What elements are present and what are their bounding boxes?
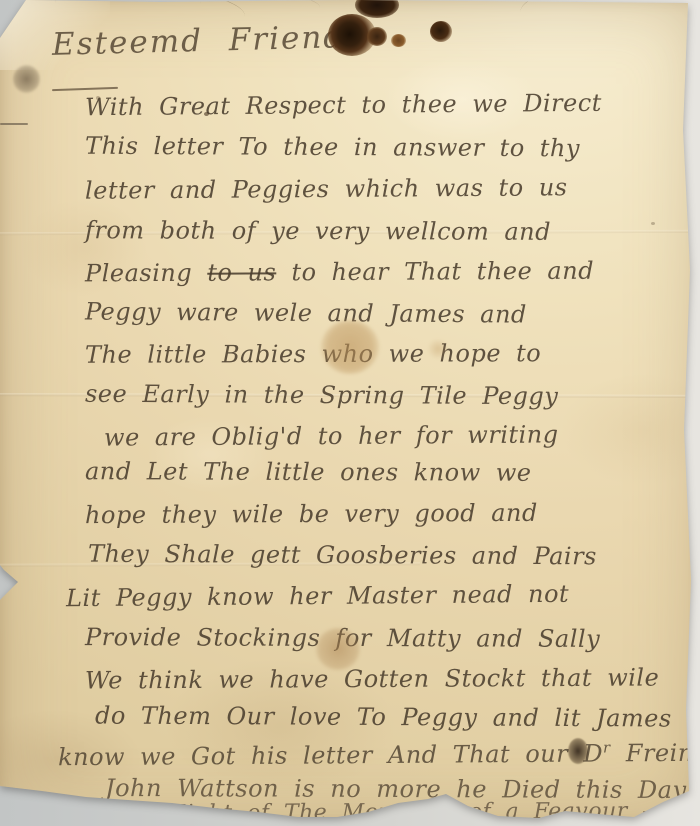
struck-out-words: to us: [207, 258, 276, 286]
letter-line: With Great Respect to thee we Direct: [85, 90, 602, 121]
scanned-letter-screenshot: { "document": { "type": "handwritten-let…: [0, 0, 700, 826]
superscript-text: r: [603, 738, 611, 756]
salutation: Esteemd Friend: [52, 22, 346, 61]
letter-line: We think we have Gotten Stockt that wile: [85, 664, 659, 693]
margin-dash: [0, 123, 28, 125]
letter-page: Esteemd Friend With Great Respect to the…: [0, 0, 700, 826]
ink-smudge: [568, 738, 588, 764]
salutation-underline: [52, 87, 118, 91]
letter-page-wrapper: Esteemd Friend With Great Respect to the…: [0, 0, 700, 826]
letter-line: we are Oblig'd to her for writing: [104, 421, 559, 451]
letter-line: Lit Peggy know her Master nead not: [66, 581, 569, 612]
ink-blot: [430, 21, 452, 42]
letter-line: see Early in the Spring Tile Peggy: [85, 381, 559, 410]
ink-smudge: [13, 65, 40, 93]
ink-speck: [651, 222, 655, 225]
ink-speck: [96, 96, 100, 100]
ink-blot: [391, 34, 406, 47]
paper-stain: [428, 340, 448, 358]
letter-line: The Eight of The Month — of a Feavour —: [112, 800, 665, 826]
letter-line: Pleasing to us to hear That thee and: [85, 258, 594, 287]
line-text: to hear That thee and: [276, 257, 594, 287]
letter-line: The little Babies who we hope to: [85, 340, 541, 368]
letter-line: do Them Our love To Peggy and lit James: [95, 702, 672, 731]
ink-blot: [367, 27, 387, 46]
line-text: Pleasing: [85, 259, 207, 288]
letter-line: They Shale gett Goosberies and Pairs: [88, 541, 597, 570]
paper-stain: [316, 628, 360, 670]
letter-line: and Let The little ones know we: [85, 458, 532, 486]
letter-line: Peggy ware wele and James and: [85, 298, 527, 327]
pencil-mark: [518, 0, 672, 35]
paper-stain: [321, 320, 379, 374]
letter-line: know we Got his letter And That our Dr F…: [58, 739, 700, 771]
line-text: know we Got his letter And That our D: [58, 739, 603, 771]
letter-line: from both of ye very wellcom and: [85, 217, 551, 245]
ink-speck: [204, 112, 209, 116]
letter-line: hope they wile be very good and: [85, 500, 538, 529]
letter-line: letter and Peggies which was to us: [85, 174, 568, 204]
line-text: Freind: [611, 739, 700, 768]
letter-line: This letter To thee in answer to thy: [85, 133, 580, 162]
